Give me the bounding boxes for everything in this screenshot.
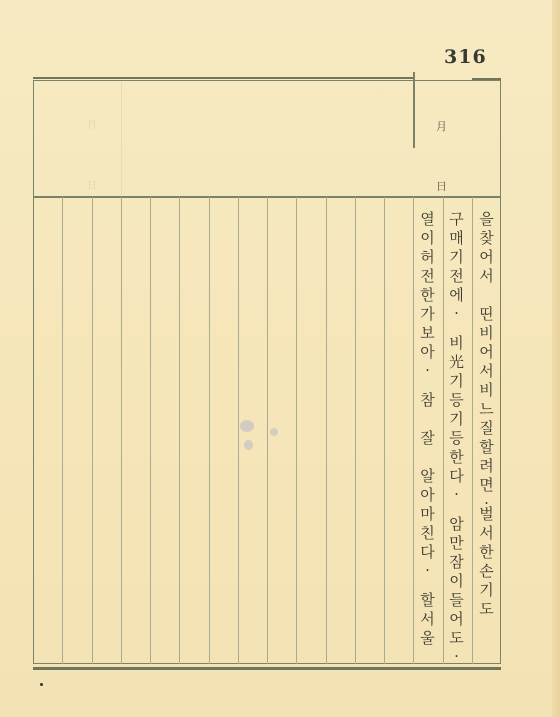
ink-stain [240, 420, 254, 432]
header-divider [413, 72, 415, 148]
handwritten-char: 친 [420, 524, 435, 543]
handwritten-char: . [425, 562, 430, 572]
grid-column-line [267, 197, 268, 664]
header-faint-divider [121, 82, 122, 195]
grid-column-line [92, 197, 93, 664]
grid-column-line [150, 197, 151, 664]
handwritten-char [454, 315, 459, 334]
header-top-rule [33, 77, 413, 79]
handwritten-char: 가 [420, 305, 435, 324]
handwritten-char: 전 [449, 267, 464, 286]
handwritten-char: 한 [449, 448, 464, 467]
handwritten-char: 마 [420, 505, 435, 524]
handwritten-char: 기 [449, 410, 464, 429]
page-number: 316 [444, 46, 487, 68]
handwritten-char: 아 [420, 486, 435, 505]
handwritten-char: 보 [420, 324, 435, 343]
grid-bottom-rule [33, 667, 501, 670]
month-label: 月 [436, 118, 447, 134]
handwritten-char: 이 [449, 572, 464, 591]
handwritten-char: 질 [479, 419, 494, 438]
handwritten-char: . [425, 362, 430, 372]
handwritten-char: 려 [479, 457, 494, 476]
handwritten-char: . [454, 648, 459, 658]
handwritten-char: 들 [449, 591, 464, 610]
handwritten-char: 기 [449, 248, 464, 267]
handwritten-char: 기 [479, 581, 494, 600]
grid-column-line [62, 197, 63, 664]
handwritten-char: 서 [479, 362, 494, 381]
handwritten-char: 구 [449, 210, 464, 229]
manuscript-column-2: 구매기전에. 비光기등기등한다. 암만잠이들어도. [442, 210, 471, 658]
handwritten-char: 비 [479, 381, 494, 400]
handwritten-char: 할 [420, 591, 435, 610]
grid-column-line [121, 197, 122, 664]
handwritten-char: 한 [420, 286, 435, 305]
handwritten-char: 잠 [449, 553, 464, 572]
handwritten-char: 할 [479, 438, 494, 457]
handwritten-char: 이 [420, 229, 435, 248]
handwritten-char: . [454, 305, 459, 315]
grid-column-line [355, 197, 356, 664]
grid-column-line [209, 197, 210, 664]
manuscript-column-3: 열이허전한가보아. 참 잘 알아마친다. 할서울 [413, 210, 442, 648]
handwritten-char: 띤 [479, 305, 494, 324]
handwritten-char: 알 [420, 467, 435, 486]
handwritten-char: 어 [479, 248, 494, 267]
grid-column-line [384, 197, 385, 664]
handwritten-char: 참 [420, 391, 435, 410]
handwritten-char: 어 [449, 610, 464, 629]
manuscript-column-1: 을찾어서 띤비어서비느질할려면.벌서한손기도 [472, 210, 501, 619]
handwritten-char: 손 [479, 562, 494, 581]
handwritten-char: 벌 [479, 505, 494, 524]
page-edge [552, 0, 560, 717]
faint-month-mark: 月 [87, 116, 97, 131]
handwritten-char: 암 [449, 515, 464, 534]
grid-column-line [238, 197, 239, 664]
handwritten-char: 어 [479, 343, 494, 362]
handwritten-char [454, 496, 459, 515]
handwritten-char: 등 [449, 429, 464, 448]
handwritten-char: 느 [479, 400, 494, 419]
handwritten-char: 잘 [420, 429, 435, 448]
handwritten-char: 서 [479, 524, 494, 543]
ink-dot [40, 683, 43, 686]
date-header-box [33, 80, 501, 197]
handwritten-char: 매 [449, 229, 464, 248]
handwritten-char: 도 [479, 600, 494, 619]
handwritten-char: 전 [420, 267, 435, 286]
grid-column-line [179, 197, 180, 664]
handwritten-char: 을 [479, 210, 494, 229]
handwritten-char: 허 [420, 248, 435, 267]
handwritten-char: 한 [479, 543, 494, 562]
handwritten-char [425, 410, 430, 429]
handwritten-char: 비 [479, 324, 494, 343]
grid-column-line [326, 197, 327, 664]
handwritten-char [425, 572, 430, 591]
handwritten-char: 기 [449, 372, 464, 391]
handwritten-char: 찾 [479, 229, 494, 248]
handwritten-char [425, 372, 430, 391]
handwritten-char: . [454, 486, 459, 496]
handwritten-char: 비 [449, 334, 464, 353]
grid-column-line [296, 197, 297, 664]
handwritten-char [484, 286, 489, 305]
handwritten-char: 光 [449, 353, 464, 372]
day-label: 日 [436, 178, 447, 194]
faint-day-mark: 日 [87, 177, 97, 192]
handwritten-char: 등 [449, 391, 464, 410]
handwritten-char: 서 [420, 610, 435, 629]
handwritten-char: 울 [420, 629, 435, 648]
handwritten-char [425, 448, 430, 467]
handwritten-char: 열 [420, 210, 435, 229]
ink-stain [244, 440, 253, 450]
handwritten-char: 만 [449, 534, 464, 553]
handwritten-char: . [484, 495, 489, 505]
handwritten-char: 서 [479, 267, 494, 286]
ink-stain [270, 428, 278, 436]
